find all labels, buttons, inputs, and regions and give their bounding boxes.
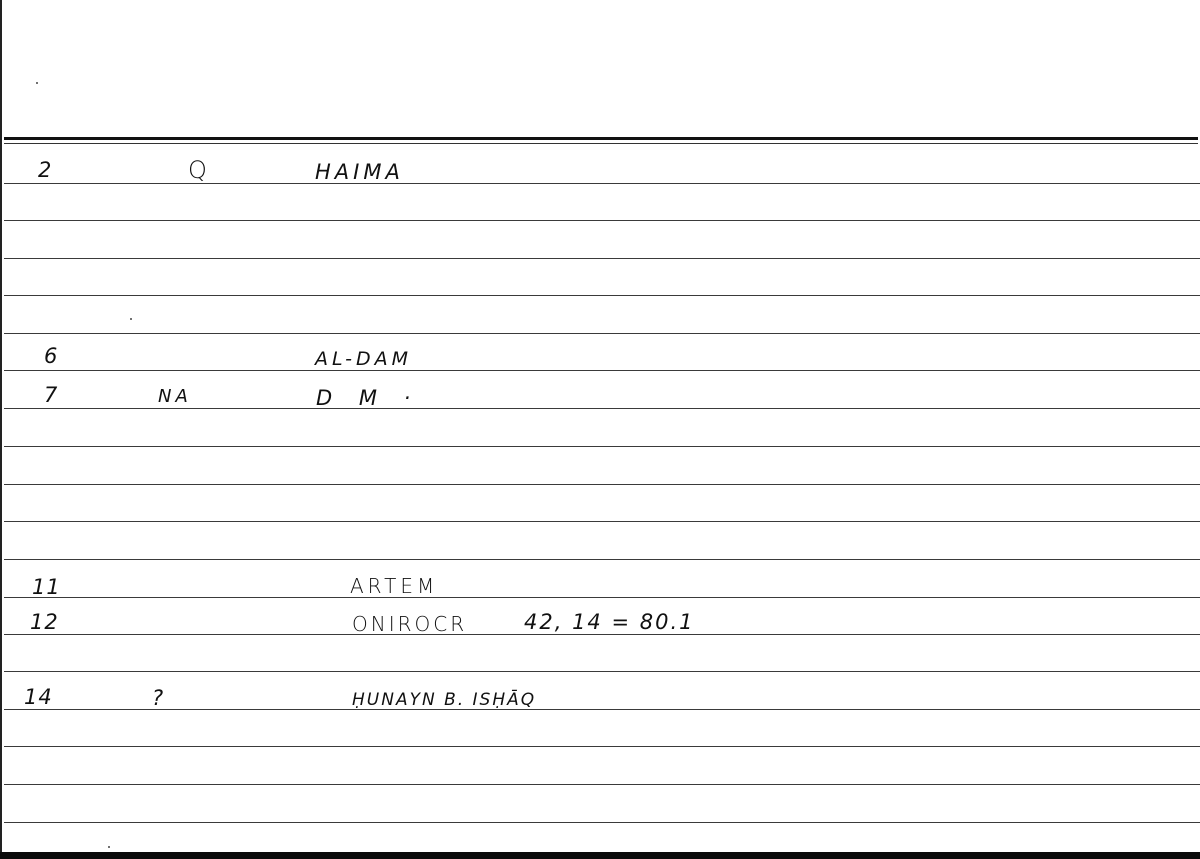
row-text: ḤUNAYN B. ISḤĀQ xyxy=(352,690,536,710)
row-text: ARTEM xyxy=(350,574,438,598)
ruled-line xyxy=(4,671,1200,672)
row-text: HAIMA xyxy=(315,160,404,184)
ruled-line xyxy=(4,295,1200,296)
ruled-line xyxy=(4,484,1200,485)
row-number: 14 xyxy=(24,685,53,709)
ruled-line xyxy=(4,597,1200,598)
paper-speck xyxy=(108,846,110,848)
ruled-line xyxy=(4,220,1200,221)
row-annotation: 42, 14 = 80.1 xyxy=(524,610,695,634)
ruled-line xyxy=(4,746,1200,747)
row-text: AL-DAM xyxy=(315,348,412,370)
ruled-line xyxy=(4,333,1200,334)
ruled-line xyxy=(4,408,1200,409)
ruled-line xyxy=(4,370,1200,371)
ruled-line xyxy=(4,183,1200,184)
ruled-line xyxy=(4,822,1200,823)
ruled-line xyxy=(4,559,1200,560)
row-text: ONIROCR xyxy=(352,612,467,636)
row-number: 12 xyxy=(30,610,59,634)
row-mark: NA xyxy=(158,386,192,407)
ruled-line xyxy=(4,258,1200,259)
ruled-line xyxy=(4,446,1200,447)
row-mark: Q xyxy=(188,156,211,184)
card-left-border xyxy=(0,0,2,852)
ruled-line xyxy=(4,784,1200,785)
row-mark: ? xyxy=(152,686,167,710)
paper-speck xyxy=(36,82,38,84)
ruled-line xyxy=(4,634,1200,635)
card-bottom-edge xyxy=(0,852,1200,859)
row-number: 11 xyxy=(32,575,61,599)
row-number: 2 xyxy=(38,158,52,182)
row-text: D M · xyxy=(316,386,420,410)
header-rule-thin xyxy=(4,143,1198,144)
row-number: 7 xyxy=(44,383,58,407)
paper-speck xyxy=(130,318,132,320)
ruled-line xyxy=(4,709,1200,710)
header-rule-thick xyxy=(4,137,1198,140)
row-number: 6 xyxy=(44,344,58,368)
ruled-line xyxy=(4,521,1200,522)
